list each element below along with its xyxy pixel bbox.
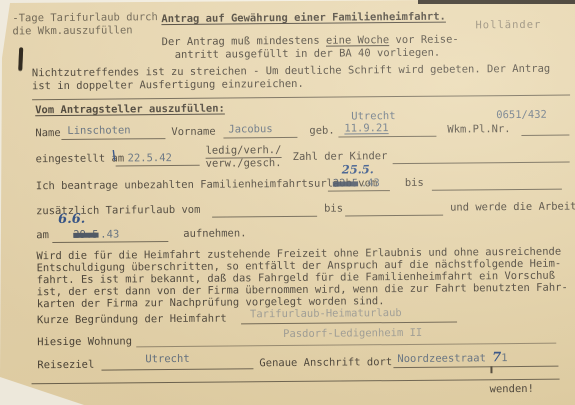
geb-field-line bbox=[338, 136, 436, 138]
request-bis-label: bis bbox=[405, 178, 424, 190]
bis-field-line bbox=[432, 189, 562, 191]
request-line2-tail: und werde die Arbeit bbox=[450, 201, 575, 214]
begruendung-value: Tarifurlaub-Heimaturlaub bbox=[250, 308, 402, 321]
wkm-label: Wkm.Pl.Nr. bbox=[447, 124, 510, 136]
name-field-line bbox=[61, 138, 165, 140]
form-content: -Tage Tarifurlaub durch die Wkm.auszufül… bbox=[0, 0, 575, 405]
intro-line2: antritt ausgefüllt in der BA 40 vorliege… bbox=[175, 48, 441, 62]
anschrift-part1: Noordzeestraat bbox=[397, 352, 492, 365]
intro-note-line2: ist in doppelter Ausfertigung einzureich… bbox=[32, 79, 304, 93]
wohnung-label: Hiesige Wohnung bbox=[37, 336, 132, 348]
intro-line1-pre: Der Antrag muß mindestens bbox=[162, 35, 326, 48]
vorname-field-line bbox=[223, 137, 297, 139]
begruendung-label: Kurze Begründung der Heimfahrt bbox=[37, 314, 227, 327]
margin-note-line1: -Tage Tarifurlaub durch bbox=[12, 12, 158, 25]
tarif-bis-field-line bbox=[345, 215, 443, 217]
intro-line1-underlined: eine Woche bbox=[326, 34, 389, 47]
wohnung-value: Pasdorf-Ledigenheim II bbox=[283, 328, 422, 341]
birthplace-value: Utrecht bbox=[351, 111, 395, 123]
vorname-label: Vorname bbox=[171, 127, 215, 139]
check-mark: \ bbox=[112, 149, 117, 163]
reiseziel-field-line bbox=[101, 368, 253, 370]
name-label: Name bbox=[35, 128, 60, 140]
vorname-value: Jacobus bbox=[228, 124, 272, 136]
scanned-form-page: -Tage Tarifurlaub durch die Wkm.auszufül… bbox=[0, 0, 575, 405]
wkm-field-line bbox=[521, 135, 569, 136]
marital-options-line2: verw./gesch. bbox=[206, 158, 282, 170]
form-title: Antrag auf Gewährung einer Familienheimf… bbox=[161, 12, 446, 26]
vom-date-suffix: .43 bbox=[361, 178, 380, 190]
eingestellt-field-line bbox=[116, 165, 200, 167]
tarif-vom-field-line bbox=[212, 216, 317, 218]
begruendung-field-line bbox=[241, 322, 457, 325]
geb-label: geb. bbox=[309, 126, 334, 138]
anschrift-handwritten-digit: 7 bbox=[492, 350, 501, 365]
handwritten-date-25-5: 25.5. bbox=[342, 163, 374, 176]
hollaender-annotation: Holländer bbox=[475, 20, 541, 32]
anschrift-field-line bbox=[393, 366, 558, 368]
am-date-suffix: .43 bbox=[100, 229, 119, 241]
wohnung-field-line bbox=[136, 343, 556, 348]
anschrift-label: Genaue Anschrift dort bbox=[259, 357, 392, 370]
reiseziel-value: Utrecht bbox=[145, 354, 189, 366]
kinder-field-line bbox=[393, 162, 570, 165]
geb-value: 11.9.21 bbox=[344, 123, 388, 135]
reiseziel-label: Reiseziel bbox=[37, 360, 94, 372]
request-line1-label: Ich beantrage unbezahlten Familienheimfa… bbox=[36, 178, 377, 193]
eingestellt-value: 22.5.42 bbox=[128, 153, 172, 165]
aufnehmen-label: aufnehmen. bbox=[183, 228, 246, 240]
am-label: am bbox=[36, 230, 49, 242]
wkm-value: 0651/432 bbox=[496, 110, 547, 122]
margin-note-line2: die Wkm.auszufüllen bbox=[12, 25, 132, 38]
vom-date-crossed: 22.5 bbox=[333, 178, 358, 190]
wenden-label: wenden! bbox=[490, 384, 534, 396]
staple-mark bbox=[18, 47, 23, 70]
anschrift-part2: 1 bbox=[501, 352, 507, 364]
section-heading: Vom Antragsteller auszufüllen: bbox=[35, 104, 225, 117]
section-divider-rule bbox=[32, 95, 570, 101]
vom-field-line bbox=[328, 190, 390, 192]
intro-line1-post: vor Reise- bbox=[389, 33, 459, 46]
am-date-crossed: 29.5 bbox=[73, 230, 98, 242]
anschrift-value: Noordzeestraat 71 bbox=[397, 351, 507, 366]
tarif-bis-label: bis bbox=[324, 204, 343, 216]
bottom-rule bbox=[32, 379, 560, 385]
ink-tick-mark bbox=[490, 366, 492, 373]
am-field-line bbox=[52, 241, 168, 243]
name-value: Linschoten bbox=[67, 125, 130, 137]
handwritten-date-6-6: 6.6. bbox=[58, 213, 85, 228]
